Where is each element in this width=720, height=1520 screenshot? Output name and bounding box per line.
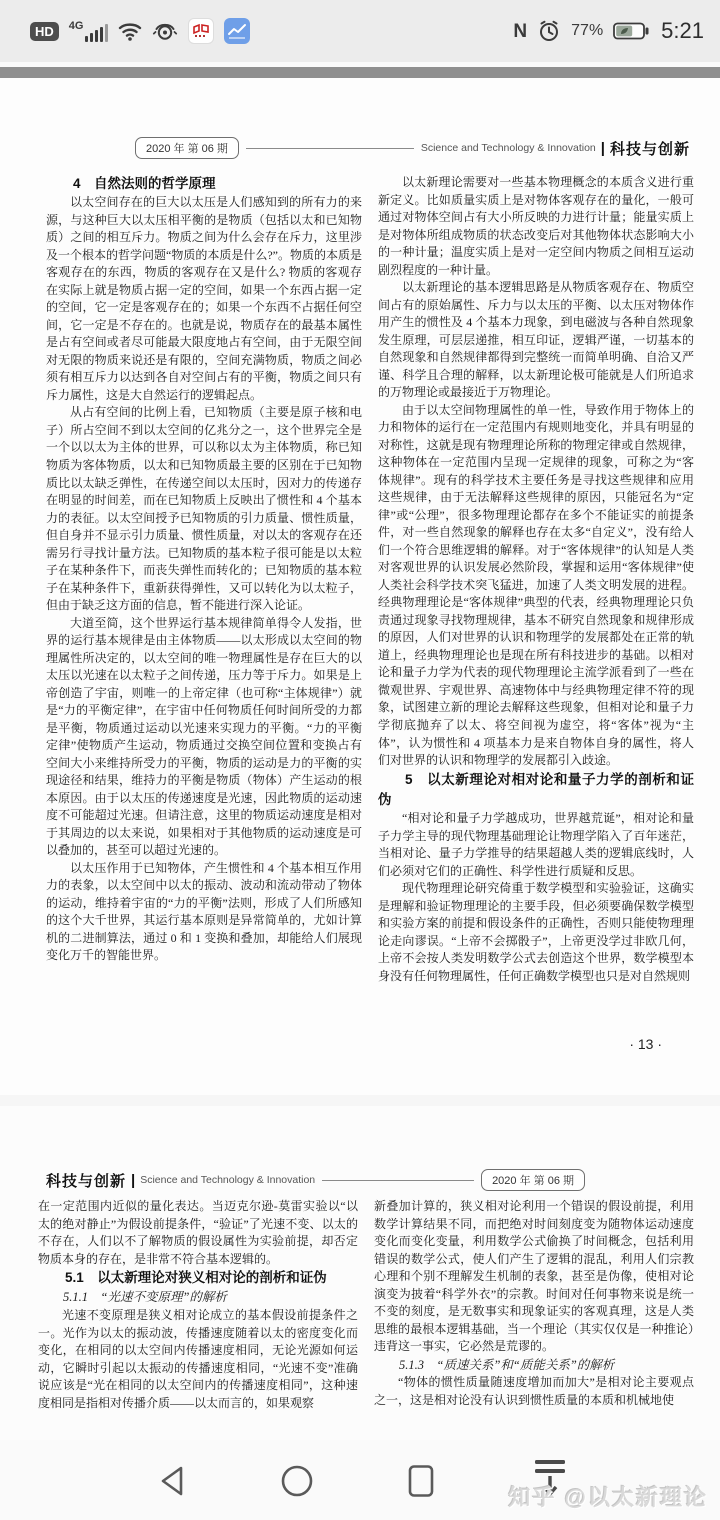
signal-icon: 4G: [69, 21, 109, 42]
paragraph: “相对论和量子力学越成功，世界越荒诞”，相对论和量子力学主导的现代物理基础理论让…: [378, 810, 694, 880]
eye-comfort-icon: [152, 20, 178, 42]
section-5-heading: 5 以太新理论对相对论和量子力学的剖析和证伪: [378, 770, 694, 811]
journal-name-en: Science and Technology & Innovation: [140, 1174, 315, 1186]
paragraph: 在一定范围内近似的量化表达。当迈克尔逊-莫雷实验以“以太的绝对静止”为假设前提条…: [38, 1198, 358, 1268]
journal-name-cn: 科技与创新: [610, 138, 690, 159]
recents-button[interactable]: [404, 1464, 438, 1498]
page2-right-column: 新叠加计算的，狭义相对论利用一个错误的假设前提，利用数学计算结果不同，而把绝对时…: [374, 1198, 694, 1440]
paragraph: 以太新理论需要对一些基本物理概念的本质含义进行重新定义。比如质量实质上是对物体客…: [378, 174, 694, 279]
phone-screen: HD 4G: [0, 0, 720, 1520]
paragraph: 以太空间存在的巨大以太压是人们感知到的所有力的来源，与这种巨大以太压相平衡的是物…: [46, 194, 362, 404]
recents-icon: [404, 1464, 438, 1498]
journal-page-13: 2020 年 第 06 期 Science and Technology & I…: [0, 78, 720, 1095]
alarm-icon: [537, 19, 561, 43]
clock-time: 5:21: [661, 18, 704, 44]
paragraph: 从占有空间的比例上看，已知物质（主要是原子核和电子）所占空间不到以太空间的亿兆分…: [46, 404, 362, 614]
home-icon: [280, 1464, 314, 1498]
document-view[interactable]: 2020 年 第 06 期 Science and Technology & I…: [0, 62, 720, 1520]
status-left-group: HD 4G: [30, 18, 250, 44]
paragraph: 光速不变原理是狭义相对论成立的基本假设前提条件之一。光作为以太的振动波，传播速度…: [38, 1307, 358, 1412]
page2-left-column: 在一定范围内近似的量化表达。当迈克尔逊-莫雷实验以“以太的绝对静止”为假设前提条…: [38, 1198, 358, 1440]
paragraph: 以太新理论的基本逻辑思路是从物质客观存在、物质空间占有的原始属性、斥力与以太压的…: [378, 279, 694, 402]
page1-columns: 4 自然法则的哲学原理 以太空间存在的巨大以太压是人们感知到的所有力的来源，与这…: [46, 174, 694, 1066]
hd-badge: HD: [30, 22, 59, 41]
journal-name-en: Science and Technology & Innovation: [421, 142, 596, 154]
page2-header: 科技与创新 | Science and Technology & Innovat…: [46, 1168, 585, 1192]
paragraph: 由于以太空间物理属性的单一性，导致作用于物体上的力和物体的运行在一定范围内有规则…: [378, 402, 694, 770]
battery-percent: 77%: [571, 22, 603, 40]
paragraph: 大道至简，这个世界运行基本规律简单得令人发指，世界的运行基本规律是由主体物质——…: [46, 615, 362, 860]
home-button[interactable]: [280, 1464, 314, 1498]
journal-separator: |: [131, 1172, 135, 1189]
app-icon-blue: [224, 18, 250, 44]
page1-header: 2020 年 第 06 期 Science and Technology & I…: [135, 136, 690, 160]
zhihu-watermark: 知乎 @以太新理论: [508, 1481, 708, 1512]
status-right-group: N 77% 5:21: [513, 18, 704, 44]
nfc-icon: N: [513, 22, 527, 41]
page2-columns: 在一定范围内近似的量化表达。当迈克尔逊-莫雷实验以“以太的绝对静止”为假设前提条…: [38, 1198, 694, 1440]
navigation-bar: 知乎 @以太新理论: [0, 1440, 720, 1520]
paragraph: 现代物理理论研究倚重于数学模型和实验验证，这确实是理解和验证物理理论的主要手段，…: [378, 880, 694, 985]
page1-right-column: 以太新理论需要对一些基本物理概念的本质含义进行重新定义。比如质量实质上是对物体客…: [378, 174, 694, 1066]
network-type-label: 4G: [69, 21, 84, 32]
app-icon-red: [188, 18, 214, 44]
section-4-heading: 4 自然法则的哲学原理: [46, 174, 362, 194]
page1-left-column: 4 自然法则的哲学原理 以太空间存在的巨大以太压是人们感知到的所有力的来源，与这…: [46, 174, 362, 1066]
section-5-1-heading: 5.1 以太新理论对狭义相对论的剖析和证伪: [38, 1268, 358, 1288]
back-button[interactable]: [154, 1463, 190, 1499]
battery-saver-icon: [613, 22, 649, 40]
paragraph: “物体的惯性质量随速度增加而加大”是相对论主要观点之一，这是相对论没有认识到惯性…: [374, 1374, 694, 1409]
status-bar: HD 4G: [0, 0, 720, 62]
page-number: · 13 ·: [0, 1036, 662, 1052]
issue-box: 2020 年 第 06 期: [135, 137, 239, 159]
journal-separator: |: [601, 140, 605, 157]
journal-name-cn: 科技与创新: [46, 1170, 126, 1191]
wifi-icon: [118, 21, 142, 41]
issue-box: 2020 年 第 06 期: [481, 1169, 585, 1191]
signal-bars-icon: [85, 24, 108, 42]
paragraph: 以太压作用于已知物体，产生惯性和 4 个基本相互作用力的表象，以太空间中以太的振…: [46, 860, 362, 965]
section-5-1-1-subheading: 5.1.1 “光速不变原理”的解析: [38, 1288, 358, 1307]
back-icon: [154, 1463, 190, 1499]
paragraph: 新叠加计算的，狭义相对论利用一个错误的假设前提，利用数学计算结果不同，而把绝对时…: [374, 1198, 694, 1356]
header-rule: [322, 1180, 474, 1181]
header-rule: [246, 148, 414, 149]
section-5-1-3-subheading: 5.1.3 “质速关系”和“质能关系”的解析: [374, 1356, 694, 1375]
